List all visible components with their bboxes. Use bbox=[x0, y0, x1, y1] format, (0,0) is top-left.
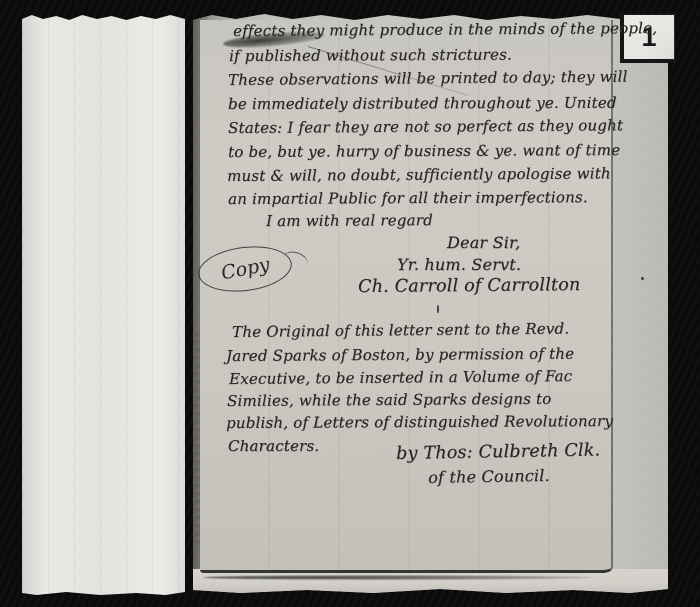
letter-line: States: I fear they are not so perfect a… bbox=[228, 118, 623, 136]
closing-salutation: Dear Sir, bbox=[447, 235, 520, 251]
letter-line: effects they might produce in the minds … bbox=[233, 21, 657, 39]
note-line: Jared Sparks of Boston, by permission of… bbox=[226, 347, 574, 364]
blank-facing-page-strip bbox=[22, 14, 185, 595]
closing-valediction: Yr. hum. Servt. bbox=[397, 257, 521, 273]
letter-line: I am with real regard bbox=[266, 213, 433, 229]
letter-line: be immediately distributed throughout ye… bbox=[228, 96, 617, 112]
scanned-letter-page: 1 Copy effects they might produce in the… bbox=[0, 0, 700, 607]
note-line: Similies, while the said Sparks designs … bbox=[227, 392, 551, 409]
dust-speck bbox=[641, 277, 644, 280]
letter-line: if published without such strictures. bbox=[229, 48, 512, 64]
signature: Ch. Carroll of Carrollton bbox=[358, 277, 580, 296]
attestation-signature: by Thos: Culbreth Clk. bbox=[396, 442, 600, 463]
sheet-bottom-edge-line bbox=[203, 575, 593, 580]
letter-line: to be, but ye. hurry of business & ye. w… bbox=[228, 143, 620, 160]
dust-speck bbox=[437, 305, 439, 313]
letter-line: These observations will be printed to da… bbox=[228, 70, 628, 88]
note-line: The Original of this letter sent to the … bbox=[232, 321, 569, 340]
attestation-title: of the Council. bbox=[428, 468, 550, 486]
letter-line: must & will, no doubt, sufficiently apol… bbox=[227, 166, 611, 184]
note-line: Executive, to be inserted in a Volume of… bbox=[229, 369, 572, 387]
letter-line: an impartial Public for all their imperf… bbox=[228, 190, 588, 207]
note-line: publish, of Letters of distinguished Rev… bbox=[226, 414, 613, 431]
note-line: Characters. bbox=[228, 439, 319, 454]
copy-annotation-label: Copy bbox=[219, 254, 271, 285]
